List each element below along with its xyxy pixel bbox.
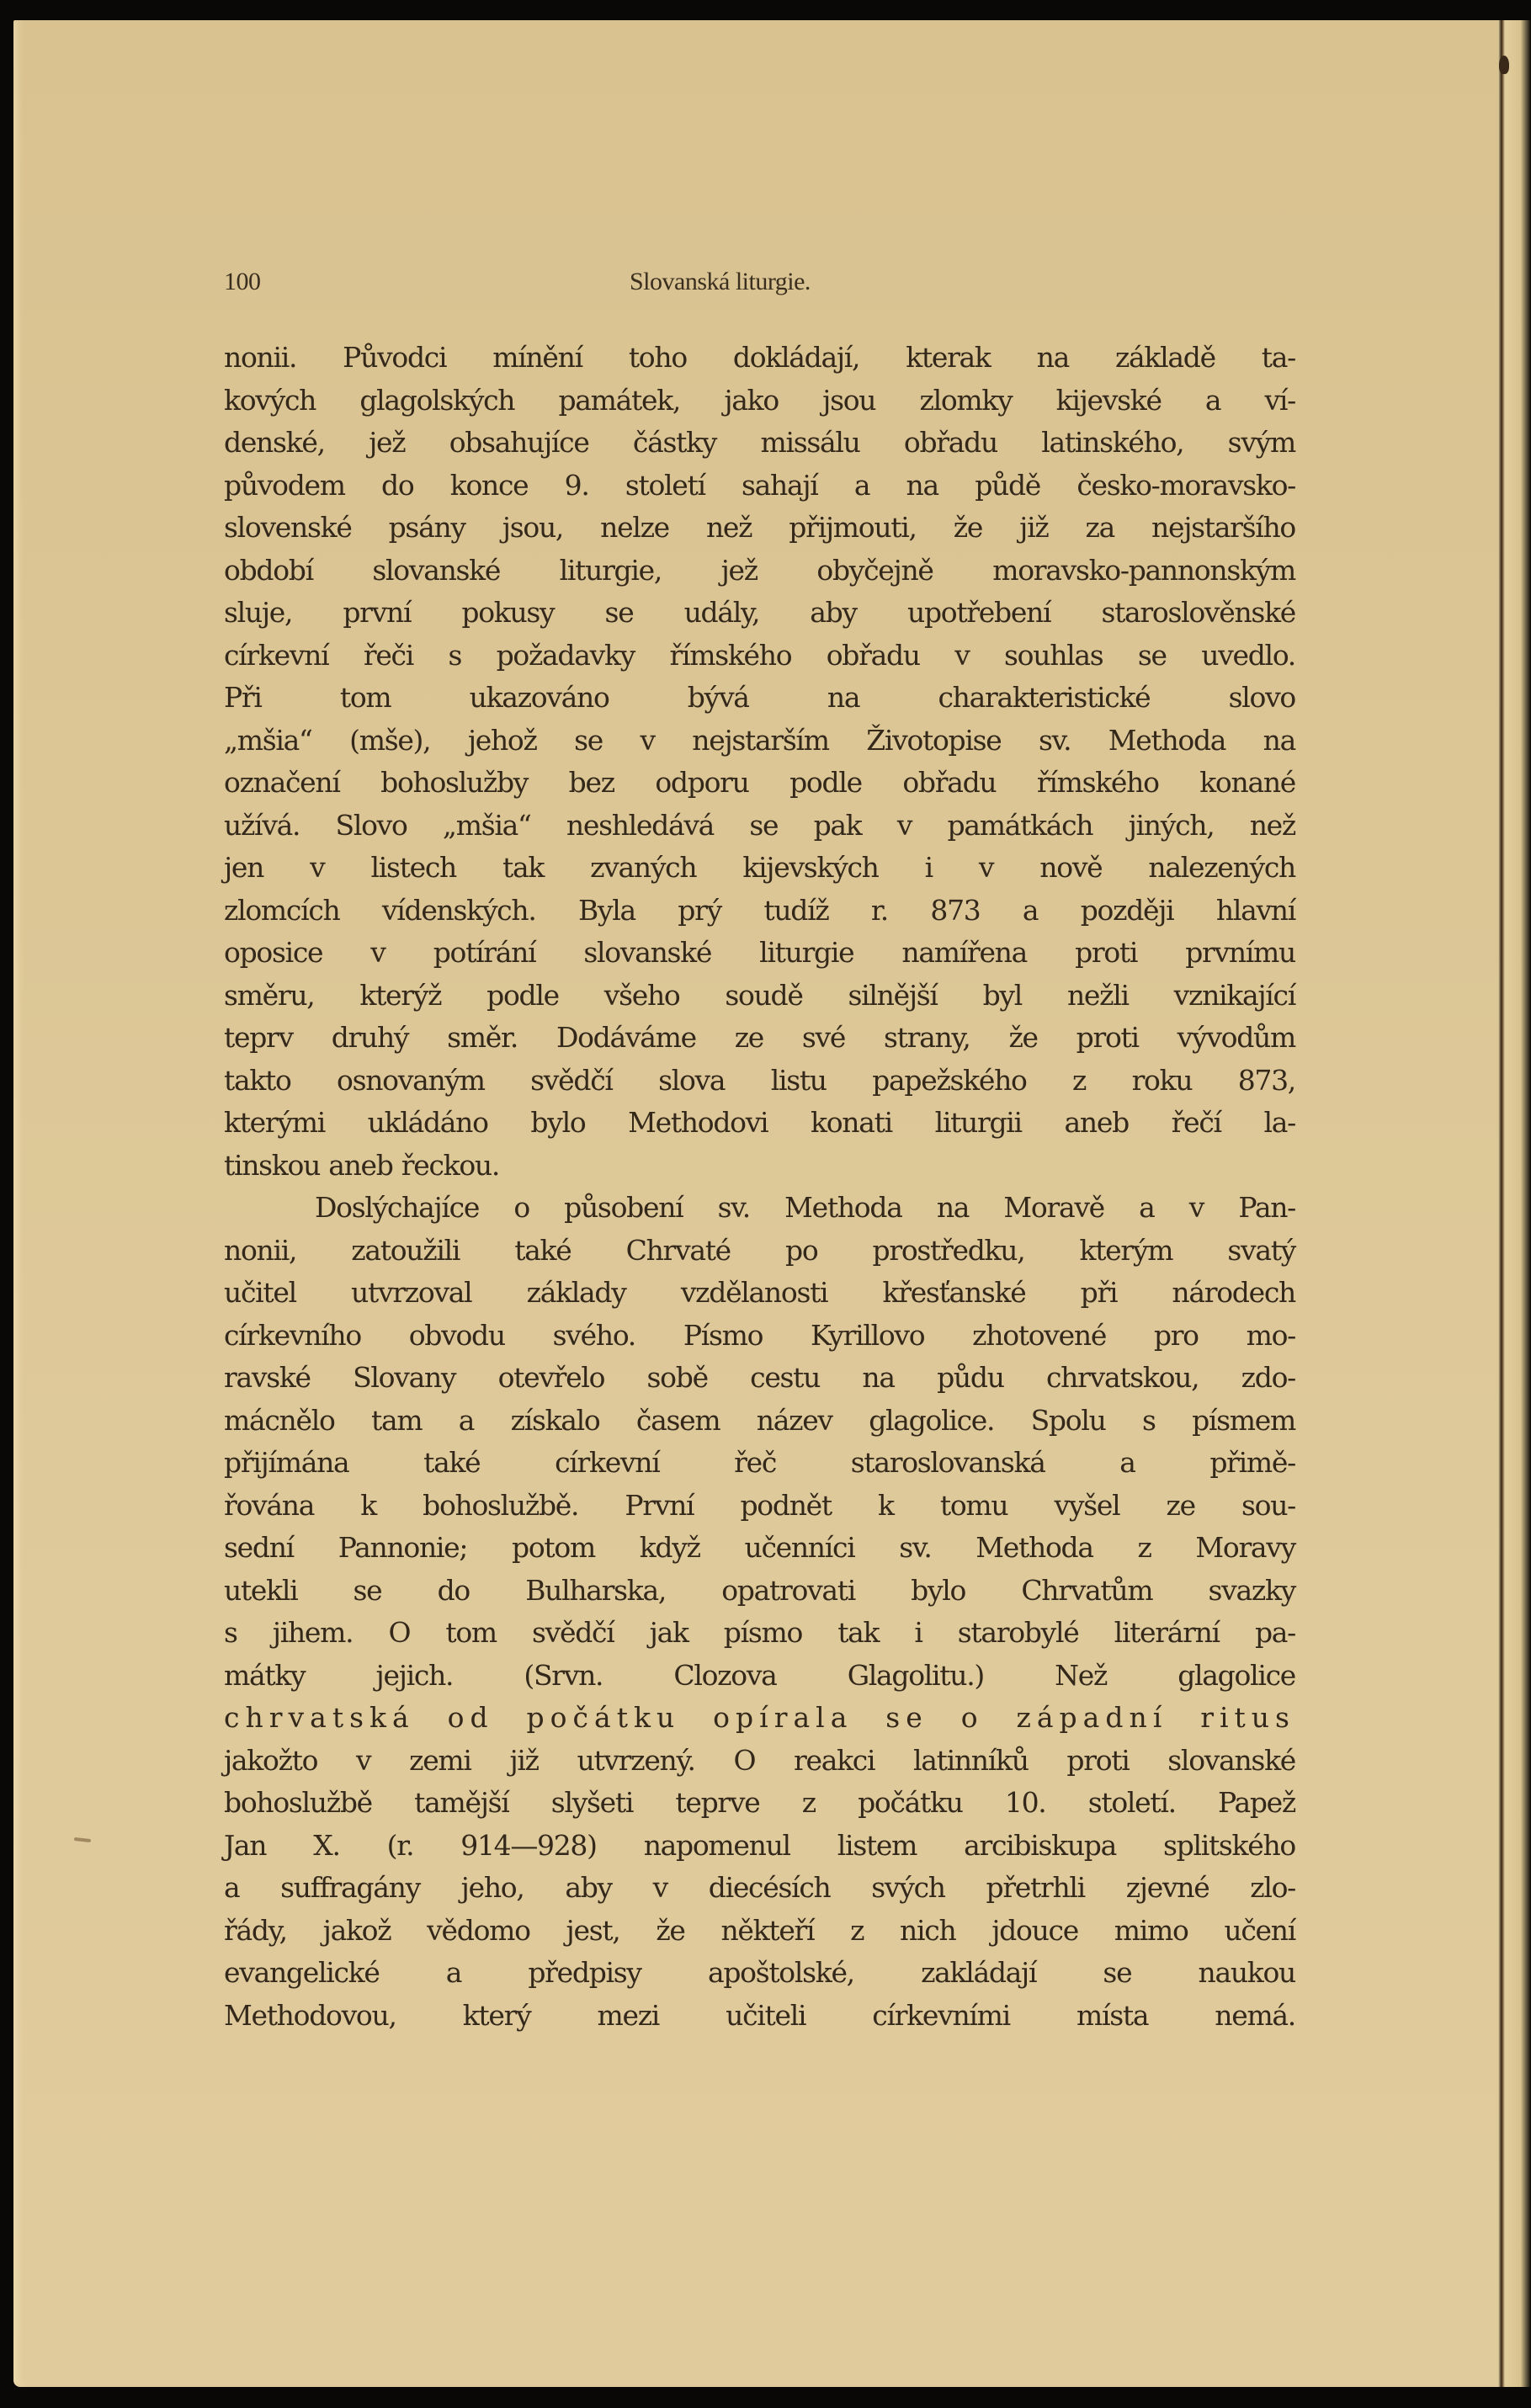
text-line: mácnělo tam a získalo časem název glagol… <box>224 1400 1295 1443</box>
paragraph-1: nonii. Původci mínění toho dokládají, kt… <box>224 337 1295 1187</box>
running-title: Slovanská liturgie. <box>630 268 811 296</box>
text-line: zlomcích vídenských. Byla prý tudíž r. 8… <box>224 890 1295 933</box>
text-line: řády, jakož vědomo jest, že někteří z ni… <box>224 1910 1295 1953</box>
text-line: učitel utvrzoval základy vzdělanosti kře… <box>224 1272 1295 1315</box>
running-head: 100 Slovanská liturgie. <box>224 268 1301 301</box>
ink-blot-mark <box>1499 56 1509 74</box>
text-line: Methodovou, který mezi učiteli církevním… <box>224 1995 1295 2038</box>
text-line: bohoslužbě tamější slyšeti teprve z počá… <box>224 1782 1295 1825</box>
text-line-spaced-emphasis: chrvatská od počátku opírala se o západn… <box>224 1697 1295 1740</box>
text-line: slovenské psány jsou, nelze než přijmout… <box>224 507 1295 550</box>
text-line: označení bohoslužby bez odporu podle obř… <box>224 762 1295 805</box>
text-line: sední Pannonie; potom když učenníci sv. … <box>224 1527 1295 1570</box>
page-number: 100 <box>224 268 261 296</box>
text-line: „mšia“ (mše), jehož se v nejstarším Živo… <box>224 720 1295 763</box>
text-line: užívá. Slovo „mšia“ neshledává se pak v … <box>224 805 1295 848</box>
text-line: nonii, zatoužili také Chrvaté po prostře… <box>224 1230 1295 1273</box>
text-line: řována k bohoslužbě. První podnět k tomu… <box>224 1485 1295 1528</box>
body-text: nonii. Původci mínění toho dokládají, kt… <box>224 337 1295 2037</box>
text-line: jakožto v zemi již utvrzený. O reakci la… <box>224 1740 1295 1783</box>
text-line: ravské Slovany otevřelo sobě cestu na pů… <box>224 1357 1295 1400</box>
text-line: utekli se do Bulharska, opatrovati bylo … <box>224 1570 1295 1613</box>
text-line: takto osnovaným svědčí slova listu papež… <box>224 1060 1295 1103</box>
text-line-paragraph-end: tinskou aneb řeckou. <box>224 1145 1295 1188</box>
text-line: církevní řeči s požadavky římského obřad… <box>224 635 1295 678</box>
text-line: evangelické a předpisy apoštolské, zaklá… <box>224 1952 1295 1995</box>
text-line: teprv druhý směr. Dodáváme ze své strany… <box>224 1017 1295 1060</box>
text-line-indented: Doslýchajíce o působení sv. Methoda na M… <box>224 1187 1295 1230</box>
text-line: denské, jež obsahujíce částky missálu ob… <box>224 422 1295 465</box>
text-line-spaced-emphasis: přijímána také církevní řeč staroslovans… <box>224 1442 1295 1485</box>
page-gutter-fold <box>1498 20 1505 2387</box>
text-line-spaced-emphasis: Při tom ukazováno bývá na charakteristic… <box>224 677 1295 720</box>
text-line: a suffragány jeho, aby v diecésích svých… <box>224 1867 1295 1910</box>
text-line: církevního obvodu svého. Písmo Kyrillovo… <box>224 1315 1295 1358</box>
text-line: Jan X. (r. 914—928) napomenul listem arc… <box>224 1825 1295 1868</box>
text-line: oposice v potírání slovanské liturgie na… <box>224 932 1295 975</box>
text-line: kterými ukládáno bylo Methodovi konati l… <box>224 1102 1295 1145</box>
text-line: původem do konce 9. století sahají a na … <box>224 465 1295 508</box>
text-line: sluje, první pokusy se udály, aby upotře… <box>224 592 1295 635</box>
text-line: období slovanské liturgie, jež obyčejně … <box>224 550 1295 593</box>
text-line: mátky jejich. (Srvn. Clozova Glagolitu.)… <box>224 1655 1295 1698</box>
paragraph-2: Doslýchajíce o působení sv. Methoda na M… <box>224 1187 1295 2037</box>
text-line: jen v listech tak zvaných kijevských i v… <box>224 847 1295 890</box>
text-line: nonii. Původci mínění toho dokládají, kt… <box>224 337 1295 380</box>
text-line: kových glagolských památek, jako jsou zl… <box>224 380 1295 423</box>
text-line: směru, kterýž podle všeho soudě silnější… <box>224 975 1295 1018</box>
text-line: s jihem. O tom svědčí jak písmo tak i st… <box>224 1612 1295 1655</box>
next-page-edge <box>1505 20 1531 2387</box>
